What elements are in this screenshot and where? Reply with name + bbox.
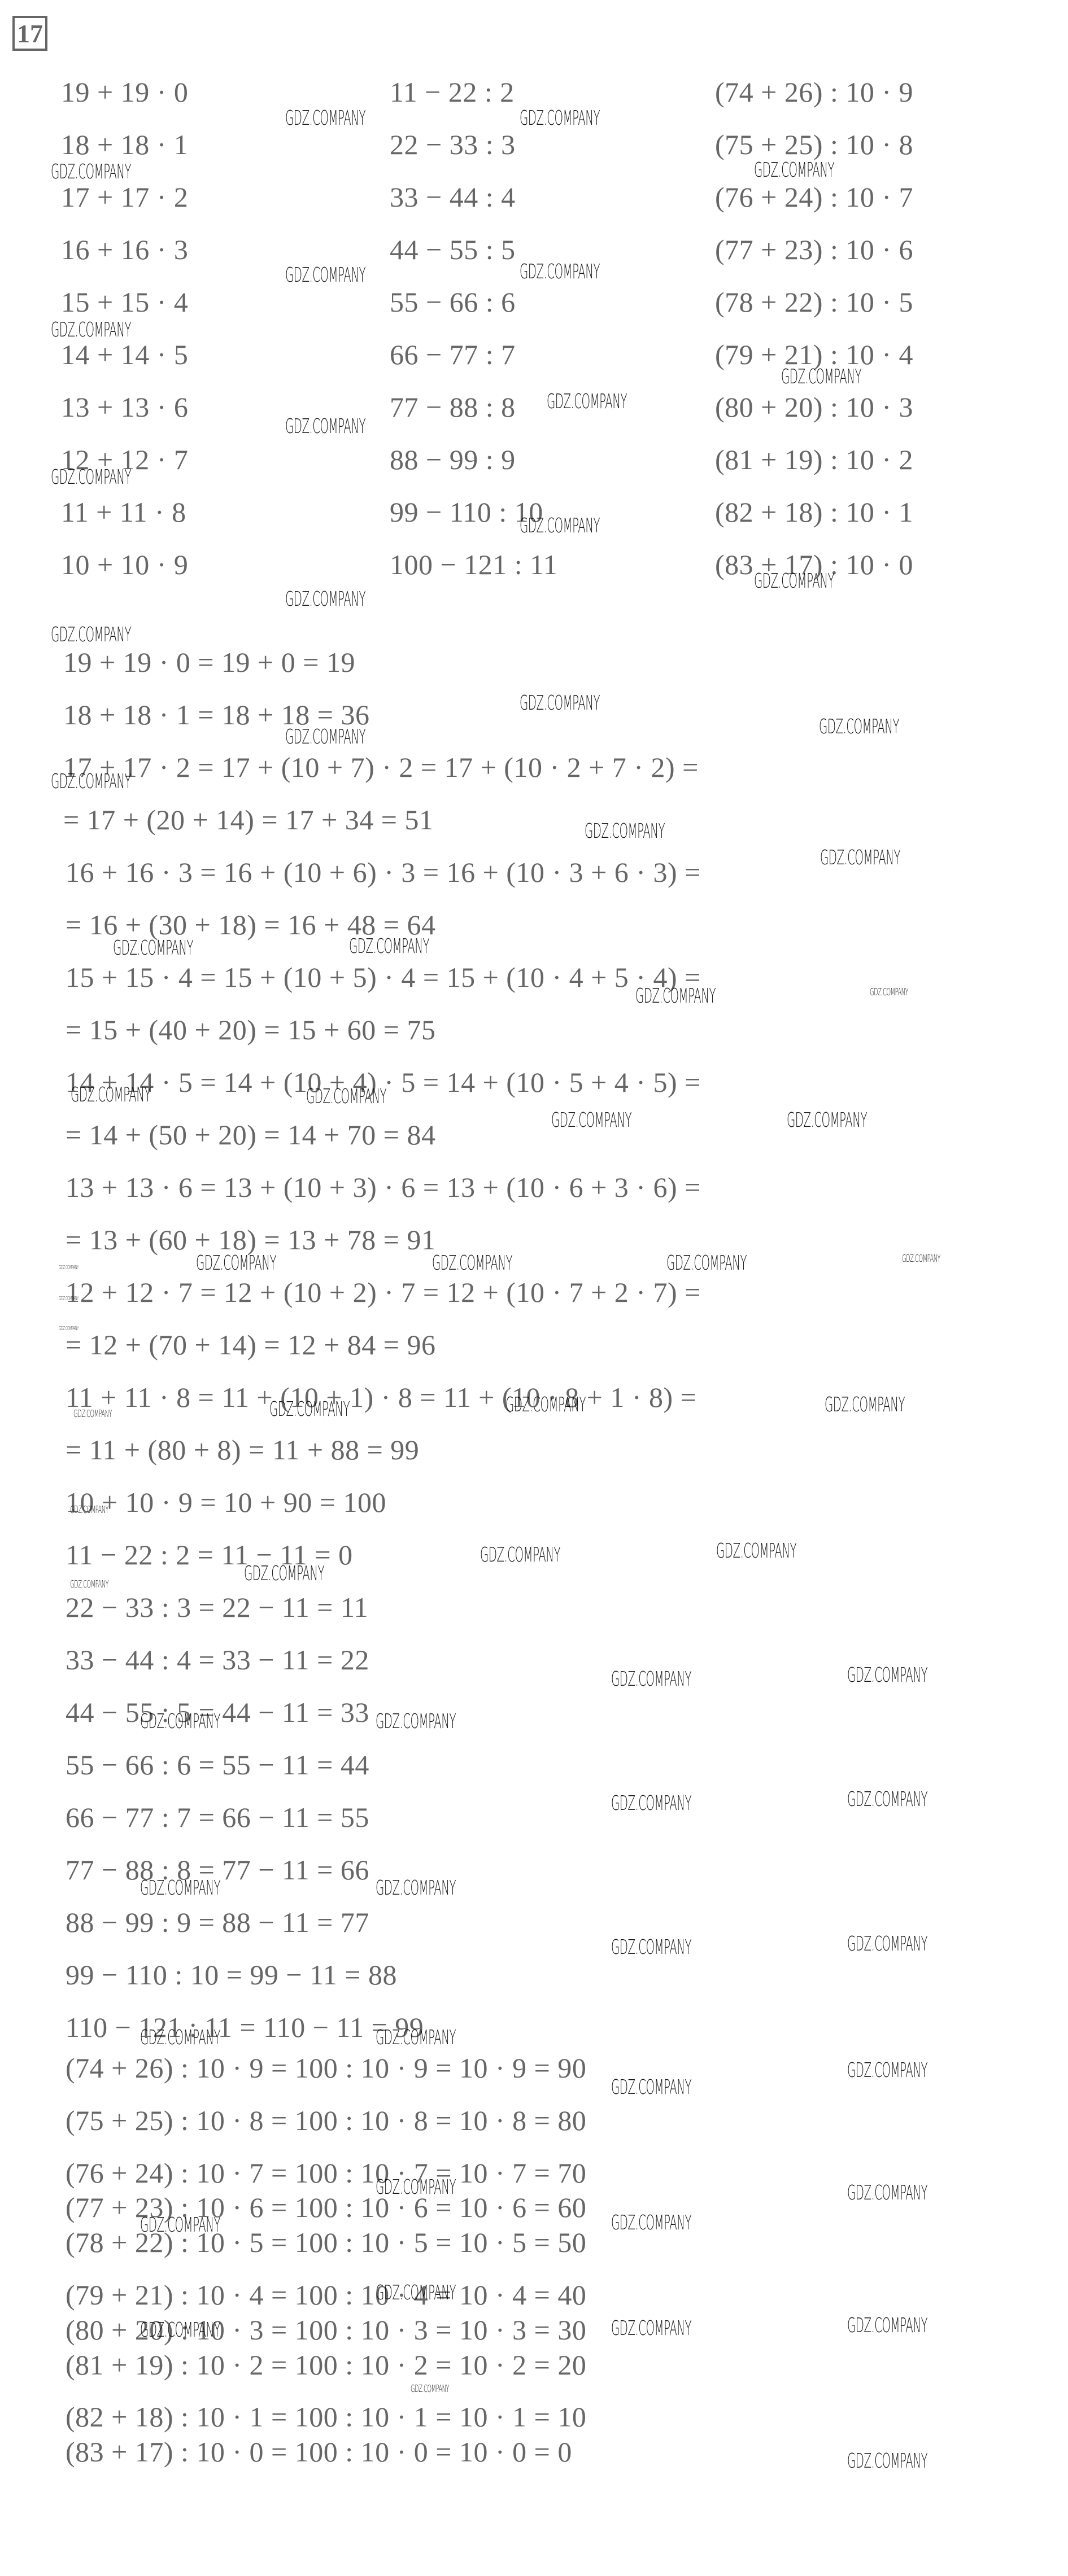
- watermark: GDZ.COMPANY: [787, 1109, 867, 1132]
- solution-line: 22 − 33 : 3 = 22 − 11 = 11: [66, 1590, 368, 1624]
- solution-line: (74 + 26) : 10 · 9 = 100 : 10 · 9 = 10 ·…: [66, 2051, 586, 2085]
- solution-line: 16 + 16 · 3 = 16 + (10 + 6) · 3 = 16 + (…: [66, 855, 701, 889]
- solution-line: (81 + 19) : 10 · 2 = 100 : 10 · 2 = 10 ·…: [66, 2348, 586, 2382]
- watermark: GDZ.COMPANY: [73, 1409, 112, 1420]
- solution-line: (83 + 17) : 10 · 0 = 100 : 10 · 0 = 10 ·…: [66, 2435, 572, 2469]
- watermark: GDZ.COMPANY: [520, 692, 600, 715]
- problem-c3-7: (81 + 19) : 10 · 2: [715, 443, 913, 476]
- problem-c2-4: 55 − 66 : 6: [390, 285, 516, 319]
- watermark: GDZ.COMPANY: [611, 1792, 691, 1815]
- problem-c2-5: 66 − 77 : 7: [390, 338, 516, 371]
- exercise-number: 17: [12, 16, 47, 51]
- watermark: GDZ.COMPANY: [411, 2383, 449, 2395]
- solution-line: (79 + 21) : 10 · 4 = 100 : 10 · 4 = 10 ·…: [66, 2278, 586, 2312]
- watermark: GDZ.COMPANY: [59, 1296, 79, 1302]
- solution-line: 88 − 99 : 9 = 88 − 11 = 77: [66, 1905, 369, 1939]
- solution-line: 12 + 12 · 7 = 12 + (10 + 2) · 7 = 12 + (…: [66, 1275, 701, 1309]
- solution-line: 13 + 13 · 6 = 13 + (10 + 3) · 6 = 13 + (…: [66, 1170, 701, 1204]
- watermark: GDZ.COMPANY: [376, 2282, 456, 2304]
- watermark: GDZ.COMPANY: [244, 1563, 324, 1585]
- problem-c2-2: 33 − 44 : 4: [390, 180, 516, 214]
- watermark: GDZ.COMPANY: [847, 1788, 927, 1811]
- problem-c2-6: 77 − 88 : 8: [390, 390, 516, 424]
- solution-line: 110 − 121 : 11 = 110 − 11 = 99: [66, 2010, 424, 2044]
- solution-line: 10 + 10 · 9 = 10 + 90 = 100: [66, 1485, 386, 1519]
- watermark: GDZ.COMPANY: [819, 716, 899, 738]
- watermark: GDZ.COMPANY: [611, 2076, 691, 2099]
- watermark: GDZ.COMPANY: [376, 2027, 456, 2049]
- watermark: GDZ.COMPANY: [902, 1253, 940, 1265]
- watermark: GDZ.COMPANY: [716, 1540, 796, 1563]
- watermark: GDZ.COMPANY: [585, 820, 665, 843]
- watermark: GDZ.COMPANY: [196, 1252, 276, 1275]
- watermark: GDZ.COMPANY: [376, 1711, 456, 1733]
- problem-c1-5: 14 + 14 · 5: [61, 338, 188, 371]
- watermark: GDZ.COMPANY: [140, 2214, 220, 2237]
- solution-line: (75 + 25) : 10 · 8 = 100 : 10 · 8 = 10 ·…: [66, 2103, 586, 2137]
- watermark: GDZ.COMPANY: [754, 159, 834, 182]
- watermark: GDZ.COMPANY: [820, 847, 900, 869]
- watermark: GDZ.COMPANY: [51, 319, 131, 342]
- watermark: GDZ.COMPANY: [269, 1398, 350, 1421]
- watermark: GDZ.COMPANY: [480, 1544, 560, 1567]
- watermark: GDZ.COMPANY: [306, 1086, 386, 1108]
- watermark: GDZ.COMPANY: [59, 1326, 79, 1332]
- problem-c1-0: 19 + 19 · 0: [61, 75, 188, 109]
- watermark: GDZ.COMPANY: [71, 1084, 151, 1107]
- watermark: GDZ.COMPANY: [754, 570, 834, 593]
- solution-line: 55 − 66 : 6 = 55 − 11 = 44: [66, 1748, 369, 1782]
- watermark: GDZ.COMPANY: [847, 2450, 927, 2473]
- watermark: GDZ.COMPANY: [847, 1664, 927, 1687]
- solution-line: (82 + 18) : 10 · 1 = 100 : 10 · 1 = 10 ·…: [66, 2400, 586, 2434]
- watermark: GDZ.COMPANY: [611, 1936, 691, 1959]
- watermark: GDZ.COMPANY: [376, 1877, 456, 1900]
- solution-line: 33 − 44 : 4 = 33 − 11 = 22: [66, 1643, 369, 1677]
- problem-c2-3: 44 − 55 : 5: [390, 233, 516, 266]
- watermark: GDZ.COMPANY: [285, 588, 365, 611]
- problem-c1-1: 18 + 18 · 1: [61, 128, 188, 161]
- watermark: GDZ.COMPANY: [51, 624, 131, 646]
- watermark: GDZ.COMPANY: [140, 1877, 220, 1900]
- watermark: GDZ.COMPANY: [505, 1394, 586, 1416]
- problem-c2-9: 100 − 121 : 11: [390, 548, 557, 581]
- watermark: GDZ.COMPANY: [376, 2176, 456, 2199]
- watermark: GDZ.COMPANY: [432, 1252, 512, 1275]
- problem-c1-3: 16 + 16 · 3: [61, 233, 188, 266]
- watermark: GDZ.COMPANY: [635, 985, 716, 1008]
- watermark: GDZ.COMPANY: [51, 161, 131, 183]
- watermark: GDZ.COMPANY: [611, 2212, 691, 2234]
- watermark: GDZ.COMPANY: [349, 935, 429, 958]
- watermark: GDZ.COMPANY: [847, 1933, 927, 1956]
- watermark: GDZ.COMPANY: [781, 366, 861, 388]
- watermark: GDZ.COMPANY: [666, 1252, 747, 1275]
- watermark: GDZ.COMPANY: [547, 391, 627, 413]
- problem-c2-0: 11 − 22 : 2: [390, 75, 515, 109]
- problem-c1-8: 11 + 11 · 8: [61, 495, 186, 529]
- problem-c3-4: (78 + 22) : 10 · 5: [715, 285, 913, 319]
- watermark: GDZ.COMPANY: [140, 1711, 220, 1733]
- solution-line: = 12 + (70 + 14) = 12 + 84 = 96: [66, 1328, 436, 1362]
- watermark: GDZ.COMPANY: [70, 1505, 108, 1516]
- watermark: GDZ.COMPANY: [113, 937, 193, 960]
- solution-line: 66 − 77 : 7 = 66 − 11 = 55: [66, 1800, 369, 1834]
- problem-c1-6: 13 + 13 · 6: [61, 390, 188, 424]
- problem-c3-0: (74 + 26) : 10 · 9: [715, 75, 913, 109]
- solution-line: = 11 + (80 + 8) = 11 + 88 = 99: [66, 1433, 419, 1467]
- problem-c1-4: 15 + 15 · 4: [61, 285, 188, 319]
- problem-c1-2: 17 + 17 · 2: [61, 180, 188, 214]
- problem-c3-3: (77 + 23) : 10 · 6: [715, 233, 913, 266]
- watermark: GDZ.COMPANY: [285, 107, 365, 130]
- solution-line: 19 + 19 · 0 = 19 + 0 = 19: [63, 645, 355, 679]
- watermark: GDZ.COMPANY: [140, 2027, 220, 2049]
- solution-line: 11 + 11 · 8 = 11 + (10 + 1) · 8 = 11 + (…: [66, 1380, 696, 1414]
- watermark: GDZ.COMPANY: [70, 1579, 108, 1590]
- solution-line: = 17 + (20 + 14) = 17 + 34 = 51: [63, 803, 434, 837]
- solution-line: 17 + 17 · 2 = 17 + (10 + 7) · 2 = 17 + (…: [63, 750, 699, 784]
- watermark: GDZ.COMPANY: [51, 771, 131, 793]
- watermark: GDZ.COMPANY: [285, 264, 365, 287]
- watermark: GDZ.COMPANY: [520, 261, 600, 283]
- solution-line: (76 + 24) : 10 · 7 = 100 : 10 · 7 = 10 ·…: [66, 2156, 586, 2190]
- watermark: GDZ.COMPANY: [520, 515, 600, 537]
- problem-c2-7: 88 − 99 : 9: [390, 443, 516, 476]
- watermark: GDZ.COMPANY: [847, 2315, 927, 2337]
- problem-c2-1: 22 − 33 : 3: [390, 128, 516, 161]
- problem-c3-2: (76 + 24) : 10 · 7: [715, 180, 913, 214]
- problem-c1-9: 10 + 10 · 9: [61, 548, 188, 581]
- watermark: GDZ.COMPANY: [551, 1109, 631, 1132]
- watermark: GDZ.COMPANY: [611, 2317, 691, 2340]
- watermark: GDZ.COMPANY: [520, 107, 600, 130]
- watermark: GDZ.COMPANY: [59, 1265, 79, 1271]
- problem-c3-1: (75 + 25) : 10 · 8: [715, 128, 913, 161]
- watermark: GDZ.COMPANY: [285, 416, 365, 438]
- solution-line: = 14 + (50 + 20) = 14 + 70 = 84: [66, 1118, 436, 1152]
- watermark: GDZ.COMPANY: [847, 2182, 927, 2205]
- watermark: GDZ.COMPANY: [51, 466, 131, 489]
- watermark: GDZ.COMPANY: [285, 726, 365, 749]
- watermark: GDZ.COMPANY: [825, 1394, 905, 1416]
- watermark: GDZ.COMPANY: [140, 2319, 220, 2342]
- watermark: GDZ.COMPANY: [847, 2059, 927, 2082]
- watermark: GDZ.COMPANY: [870, 987, 908, 998]
- solution-line: = 15 + (40 + 20) = 15 + 60 = 75: [66, 1013, 436, 1047]
- solution-line: 15 + 15 · 4 = 15 + (10 + 5) · 4 = 15 + (…: [66, 960, 701, 994]
- problem-c3-8: (82 + 18) : 10 · 1: [715, 495, 913, 529]
- problem-c3-6: (80 + 20) : 10 · 3: [715, 390, 913, 424]
- solution-line: 99 − 110 : 10 = 99 − 11 = 88: [66, 1958, 397, 1992]
- watermark: GDZ.COMPANY: [611, 1668, 691, 1691]
